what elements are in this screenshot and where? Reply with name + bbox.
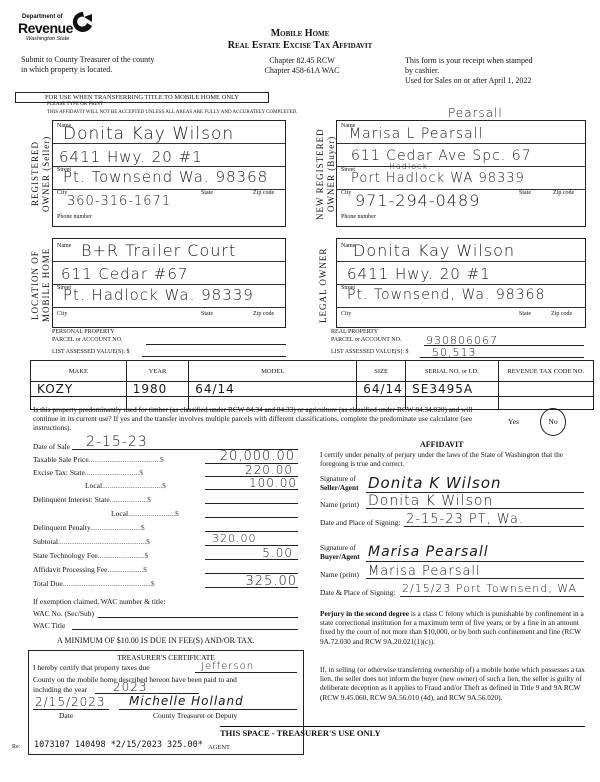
legal-zip-label: Zip code [551, 311, 572, 317]
affidavit-title: AFFIDAVIT [420, 440, 463, 449]
personal-property-label: PERSONAL PROPERTY [52, 329, 115, 335]
fee-total-due-label: Total Due...............................… [33, 579, 155, 588]
buyer-date-place-value: 2/15/23 Port Townsend, WA [402, 582, 577, 595]
location-city-value[interactable]: Pt. Hadlock Wa. 98339 [63, 286, 254, 304]
year-cell[interactable]: 1980 [126, 382, 188, 397]
buyer-signature-value: Marisa Pearsall [368, 544, 489, 560]
form-title-line2: Real Estate Excise Tax Affidavit [0, 40, 600, 51]
wac-no-field[interactable] [98, 617, 298, 618]
seller-city-value[interactable]: Pt. Townsend Wa. 98368 [63, 168, 268, 186]
seller-signature-label: Signature of Seller/Agent [320, 474, 359, 492]
receipt-note-line3: Used for Sales on or after April 1, 2022 [405, 76, 533, 86]
date-of-sale-value: 2-15-23 [86, 434, 148, 450]
wac-title-label: WAC Title [33, 621, 65, 630]
date-of-sale-label: Date of Sale [33, 442, 70, 451]
location-label-1: LOCATION OF [30, 250, 40, 320]
col-model: MODEL [189, 361, 357, 382]
seller-name-field[interactable]: Donita Kay Wilson [63, 124, 234, 144]
treasurer-use-only: THIS SPACE - TREASURER'S USE ONLY [220, 728, 381, 738]
treasurer-cert-line1: I hereby certify that property taxes due [33, 663, 150, 672]
wac-no-label: WAC No. (Sec/Sub) [33, 609, 94, 618]
personal-assessed-field[interactable] [142, 356, 286, 357]
chapter-rcw: Chapter 82.45 RCW [252, 56, 352, 66]
treasurer-cert-title: TREASURER'S CERTIFICATE [29, 653, 303, 662]
table-header-row: MAKE YEAR MODEL SIZE SERIAL NO. or I.D. … [31, 361, 594, 382]
fee-affidavit-processing-label: Affidavit Processing Fee................… [33, 565, 147, 574]
model-cell[interactable]: 64/14 [189, 382, 357, 397]
location-state-label: State [201, 311, 213, 317]
fee-state-tech-label: State Technology Fee....................… [33, 551, 148, 560]
tax-lien-notice: If, in selling (or otherwise transferrin… [320, 665, 585, 702]
legal-city-label: City [341, 311, 351, 317]
buyer-label-1: NEW REGISTERED [315, 128, 325, 220]
fee-taxable-price-value: 20,000.00 [205, 449, 295, 464]
seller-label-1: REGISTERED [30, 142, 40, 207]
real-property-label: REAL PROPERTY [331, 329, 378, 335]
buyer-label-2: OWNER (Buyer) [326, 136, 336, 212]
treasurer-county-value: Jefferson [201, 661, 254, 672]
table-row: KOZY 1980 64/14 64/14 SE3495A [31, 382, 594, 397]
chapter-wac: Chapter 458-61A WAC [252, 66, 352, 76]
stamp-prefix: Re: [12, 744, 20, 750]
location-street-value[interactable]: 611 Cedar #67 [61, 265, 188, 283]
buyer-phone-value[interactable]: 971-294-0489 [355, 191, 480, 210]
fee-excise-state-label: Excise Tax: State.......................… [33, 468, 143, 477]
chapter-refs: Chapter 82.45 RCW Chapter 458-61A WAC [252, 56, 352, 76]
treasurer-signature-value: Michelle Holland [129, 694, 244, 708]
legal-state-label: State [519, 311, 531, 317]
seller-name-print-value: Donita K Wilson [368, 493, 493, 509]
seller-city-label: City [57, 190, 67, 196]
fee-excise-local-label: Local................................$ [85, 481, 166, 490]
perjury-bold: Perjury in the second degree [320, 609, 409, 618]
buyer-name-correction: Pearsall [448, 106, 503, 120]
buyer-date-place-label: Date & Place of Signing: [320, 588, 395, 597]
personal-assessed-label: LIST ASSESSED VALUE(S): $ [52, 349, 130, 355]
perjury-notice: Perjury in the second degree is a class … [320, 609, 585, 646]
fee-subtotal-value: 320.00 [212, 532, 257, 545]
cashier-stamp: 1073107 140498 *2/15/2023 325.00* [34, 740, 203, 750]
treasurer-use-divider [220, 726, 585, 727]
fee-total-due-value: 325.00 [205, 574, 297, 589]
minimum-fee-note: A MINIMUM OF $10.00 IS DUE IN FEE(S) AND… [57, 636, 255, 645]
location-city-label: City [57, 311, 67, 317]
revenue-code-cell[interactable] [498, 397, 593, 410]
timber-question-text: Is this property predominantly used for … [33, 405, 488, 433]
fee-taxable-price-label: Taxable Sale Price......................… [33, 455, 164, 464]
buyer-state-label: State [519, 190, 531, 196]
seller-sig-label-1: Signature of [320, 474, 359, 483]
location-label-2: MOBILE HOME [41, 248, 51, 322]
treasurer-year-value: 2023 [113, 680, 148, 694]
treasurer-date-field[interactable] [33, 709, 109, 710]
seller-date-place-value: 2-15-23 PT, Wa. [406, 512, 524, 527]
col-serial: SERIAL NO. or I.D. [406, 361, 498, 382]
submit-note: Submit to County Treasurer of the county… [21, 55, 154, 75]
fee-delinquent-local-label: Local.........................$ [111, 509, 179, 518]
location-name-label: Name [57, 243, 71, 249]
buyer-box: Name Marisa L Pearsall 611 Cedar Ave Spc… [336, 120, 586, 227]
fee-delinquent-local-field[interactable] [205, 517, 298, 518]
fee-delinquent-penalty-label: Delinquent Penalty......................… [33, 523, 145, 532]
col-size: SIZE [357, 361, 406, 382]
buyer-phone-label: Phone number [341, 214, 376, 220]
buyer-city-label: City [341, 190, 351, 196]
col-make: MAKE [31, 361, 127, 382]
form-title-line1: Mobile Home [0, 28, 600, 39]
fee-excise-state-value: 220.00 [205, 463, 293, 477]
buyer-street-value[interactable]: 611 Cedar Ave Spc. 67 [351, 148, 532, 164]
real-assessed-label: LIST ASSESSED VALUE(S): $ [331, 349, 409, 355]
seller-section-label: REGISTERED OWNER (Seller) [30, 128, 52, 220]
real-parcel-label: PARCEL or ACCOUNT NO. [331, 337, 401, 343]
buyer-signature-label: Signature of Buyer/Agent [320, 543, 360, 561]
seller-street-value[interactable]: 6411 Hwy. 20 #1 [59, 148, 203, 166]
buyer-sig-label-2: Buyer/Agent [320, 552, 360, 561]
legal-name-field[interactable]: Donita Kay Wilson [353, 241, 515, 260]
fee-delinquent-state-field[interactable] [205, 503, 298, 504]
location-name-field[interactable]: B+R Trailer Court [81, 241, 236, 260]
timber-no-option[interactable]: No [540, 408, 566, 436]
fee-delinquent-state-label: Delinquent Interest: State..............… [33, 495, 151, 504]
buyer-name-field[interactable]: Marisa L Pearsall [349, 126, 483, 142]
receipt-note-line1: This form is your receipt when stamped [405, 56, 533, 66]
seller-sig-label-2: Seller/Agent [320, 483, 359, 492]
seller-box: Name Donita Kay Wilson 6411 Hwy. 20 #1 S… [52, 120, 286, 227]
treasurer-signer-label: County Treasurer or Deputy [153, 711, 237, 720]
affidavit-certify-text: I certify under penalty of perjury under… [320, 450, 570, 468]
receipt-note-line2: by cashier. [405, 66, 533, 76]
legal-street-value[interactable]: 6411 Hwy. 20 #1 [347, 265, 491, 283]
size-cell[interactable]: 64/14 [357, 382, 406, 397]
fee-state-tech-value: 5.00 [205, 546, 293, 560]
seller-signature-value: Donita K Wilson [368, 474, 502, 492]
submit-note-line2: in which property is located. [21, 65, 154, 75]
mobile-home-table: MAKE YEAR MODEL SIZE SERIAL NO. or I.D. … [30, 360, 594, 410]
buyer-name-print-value: Marisa Pearsall [368, 564, 481, 579]
buyer-zip-label: Zip code [553, 190, 574, 196]
seller-name-print-label: Name (print) [320, 500, 359, 509]
legal-owner-section-label: LEGAL OWNER [318, 240, 332, 330]
receipt-note: This form is your receipt when stamped b… [405, 56, 533, 86]
buyer-signature-field[interactable] [366, 561, 584, 562]
personal-parcel-label: PARCEL or ACCOUNT NO. [52, 337, 122, 343]
location-section-label: LOCATION OF MOBILE HOME [30, 240, 52, 330]
location-box: Name B+R Trailer Court 611 Cedar #67 Str… [52, 238, 286, 328]
treasurer-date-label: Date [59, 711, 73, 720]
timber-yes-option[interactable]: Yes [508, 417, 519, 426]
seller-state-label: State [201, 190, 213, 196]
col-year: YEAR [126, 361, 188, 382]
buyer-city-value[interactable]: Port Hadlock WA 98339 [351, 171, 525, 186]
seller-date-place-label: Date and Place of Signing: [320, 518, 400, 527]
exemption-label: If exemption claimed, WAC number & title… [33, 597, 166, 606]
buyer-section-label: NEW REGISTERED OWNER (Buyer) [315, 128, 337, 220]
seller-zip-label: Zip code [253, 190, 274, 196]
type-print-note: PLEASE TYPE OR PRINT [47, 102, 103, 107]
location-zip-label: Zip code [253, 311, 274, 317]
treasurer-date-value: 2/15/2023 [35, 695, 106, 709]
treasurer-county-field[interactable] [195, 672, 297, 673]
treasurer-signature-field[interactable] [119, 709, 297, 710]
buyer-sig-label-1: Signature of [320, 543, 360, 552]
fee-subtotal-label: Subtotal................................… [33, 537, 150, 546]
seller-phone-label: Phone number [57, 214, 92, 220]
treasurer-cert-line3: including the year [33, 685, 87, 694]
buyer-city-correction: Hadlock [389, 162, 428, 171]
fee-excise-local-value: 100.00 [205, 476, 297, 490]
personal-parcel-field[interactable] [146, 344, 286, 345]
warning-note: THIS AFFIDAVIT WILL NOT BE ACCEPTED UNLE… [47, 110, 297, 115]
wac-title-field[interactable] [72, 629, 298, 630]
legal-owner-box: Name Donita Kay Wilson 6411 Hwy. 20 #1 S… [336, 238, 586, 328]
real-assessed-value: 50,513 [432, 346, 477, 359]
revenue-code-cell[interactable] [498, 382, 593, 397]
buyer-name-print-label: Name (print) [320, 570, 359, 579]
buyer-date-place-field[interactable] [400, 596, 584, 597]
stamp-suffix: AGENT [208, 744, 230, 751]
seller-label-2: OWNER (Seller) [41, 136, 51, 212]
make-cell[interactable]: KOZY [31, 382, 127, 397]
submit-note-line1: Submit to County Treasurer of the county [21, 55, 154, 65]
serial-cell[interactable]: SE3495A [406, 382, 498, 397]
timber-no-label: No [548, 417, 557, 426]
legal-city-value[interactable]: Pt. Townsend, Wa. 98368 [347, 287, 545, 303]
seller-phone-value[interactable]: 360-316-1671 [67, 194, 171, 209]
col-revenue-tax-code: REVENUE TAX CODE NO. [498, 361, 593, 382]
